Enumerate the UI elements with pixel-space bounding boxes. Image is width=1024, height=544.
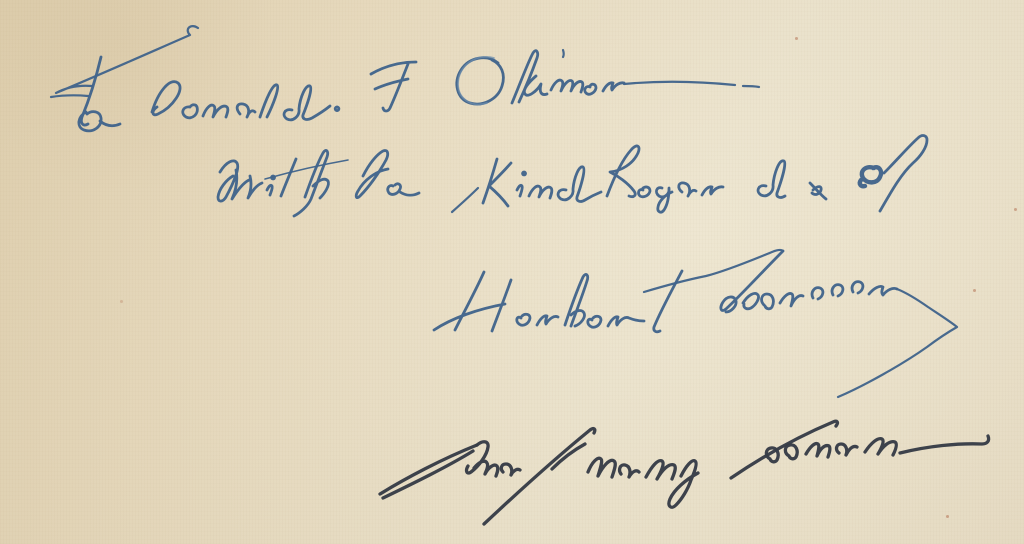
- line-3-herbert-hoover-signature: [434, 250, 957, 397]
- word-regards-ega: [639, 183, 696, 212]
- word-kind-ind: [517, 167, 601, 202]
- word-to-flourish: [51, 26, 198, 97]
- henry-y-loop: [669, 461, 698, 508]
- word-of-f: [880, 136, 927, 211]
- word-the: [356, 151, 419, 198]
- henry-slash: [484, 429, 595, 524]
- word-ohmer-o-retrace: [458, 57, 494, 105]
- word-with-t-crossbar: [265, 160, 348, 179]
- herbert-h: [434, 272, 511, 331]
- word-kind-entry: [452, 188, 478, 212]
- hoover2-ending-stroke: [900, 436, 989, 453]
- hoover2-oover: [766, 439, 896, 462]
- hoover-flourish-tail: [838, 289, 957, 397]
- word-of-o: [860, 167, 881, 186]
- line-2-with-the-kind-regards-of: [218, 136, 927, 216]
- word-with-h: [294, 150, 328, 216]
- word-with-w: [218, 161, 262, 201]
- handwriting-strokes: [0, 0, 1024, 544]
- word-donald: [152, 82, 339, 120]
- word-regards-r: [607, 146, 639, 197]
- word-ohmer-o: [457, 58, 504, 104]
- word-regards-rds: [702, 161, 826, 199]
- henry-enry: [588, 458, 675, 479]
- inscription-photo: To Donald F Ohmer With the Kind Regards …: [0, 0, 1024, 544]
- word-ohmer-h: [512, 51, 547, 103]
- apostrophe-mark: [563, 50, 564, 57]
- herbert-erbert: [517, 271, 682, 332]
- lou-entry-stroke: [380, 445, 477, 498]
- word-ohmer-mer: [551, 80, 624, 94]
- word-with-t: [281, 159, 296, 196]
- initial-f: [371, 62, 416, 111]
- hoover-oover: [743, 282, 897, 309]
- word-kind-k: [483, 159, 511, 206]
- word-ohmer-trailing-dash: [624, 82, 759, 87]
- line-1-to-donald-f-ohmer: [51, 26, 759, 131]
- line-4-lou-henry-hoover-signature: [380, 421, 989, 524]
